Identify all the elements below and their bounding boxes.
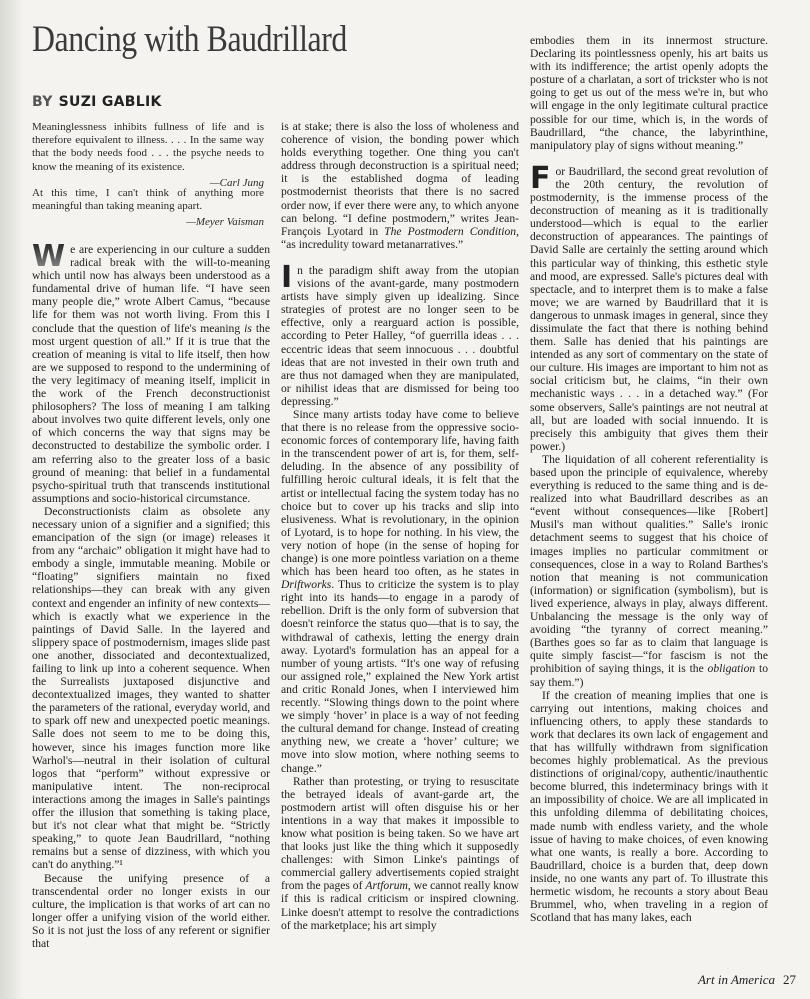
paragraph: Since many artists today have come to be… xyxy=(281,408,519,775)
paragraph: In the paradigm shift away from the utop… xyxy=(281,264,519,408)
paragraph: If the creation of meaning implies that … xyxy=(530,689,768,925)
epigraph-attribution: —Meyer Vaisman xyxy=(32,216,264,229)
column-1: We are experiencing in our culture a sud… xyxy=(32,243,270,950)
epigraph-jung: Meaninglessness inhibits fullness of lif… xyxy=(32,121,264,190)
paragraph: Because the unifying presence of a trans… xyxy=(32,872,270,951)
page-footer: Art in America27 xyxy=(698,972,796,988)
dropcap-i: I xyxy=(281,265,292,290)
dropcap-w: W xyxy=(32,244,65,269)
epigraph-text: At this time, I can't think of anything … xyxy=(32,187,264,212)
paragraph: Deconstructionists claim as obsolete any… xyxy=(32,505,270,872)
column-3: embodies them in its innermost structure… xyxy=(530,34,768,924)
epigraph-text: Meaninglessness inhibits fullness of lif… xyxy=(32,121,264,173)
dropcap-f: F xyxy=(530,166,551,191)
paragraph: is at stake; there is also the loss of w… xyxy=(281,120,519,251)
page-number: 27 xyxy=(783,972,796,987)
column-2: is at stake; there is also the loss of w… xyxy=(281,120,519,932)
author-name: SUZI GABLIK xyxy=(59,94,162,110)
paragraph: The liquidation of all coherent referent… xyxy=(530,453,768,689)
article-title: Dancing with Baudrillard xyxy=(32,18,347,61)
paragraph: We are experiencing in our culture a sud… xyxy=(32,243,270,505)
paragraph: embodies them in its innermost structure… xyxy=(530,34,768,152)
byline: BYSUZI GABLIK xyxy=(32,94,162,110)
page-gutter-shadow xyxy=(0,0,24,999)
magazine-name: Art in America xyxy=(698,972,775,987)
byline-prefix: BY xyxy=(32,94,53,110)
paragraph: Rather than protesting, or trying to res… xyxy=(281,775,519,932)
paragraph: For Baudrillard, the second great revolu… xyxy=(530,165,768,453)
epigraph-vaisman: At this time, I can't think of anything … xyxy=(32,187,264,230)
